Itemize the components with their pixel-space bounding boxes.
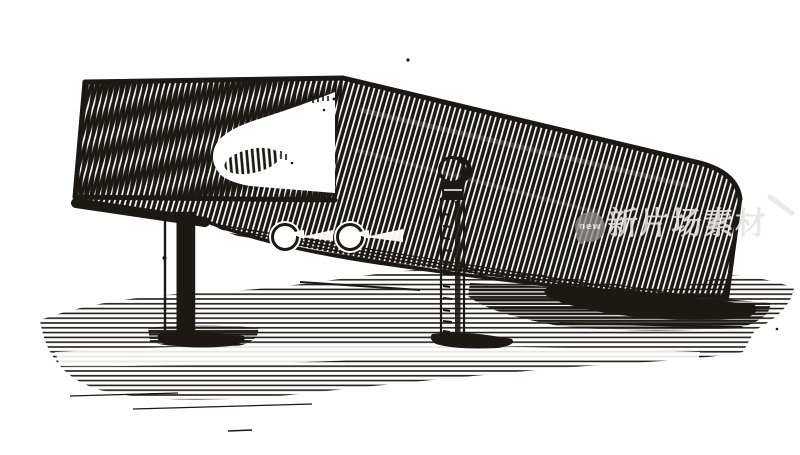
ink-speck — [323, 109, 326, 112]
peg-collar — [441, 182, 465, 200]
ink-speck — [333, 98, 336, 101]
watermark-logo-text: new — [579, 222, 601, 232]
watermark-text: 新片场素材 — [607, 209, 767, 240]
ink-speck — [406, 58, 409, 61]
ground-stray-dash — [228, 430, 252, 431]
leg-knot — [163, 256, 167, 260]
watermark-logo: new — [575, 212, 605, 242]
peg-shaft-shaded-edge — [455, 201, 461, 337]
inclined-box — [75, 78, 740, 297]
gray-smudge — [770, 197, 792, 213]
leg-shaded-side — [177, 213, 195, 340]
stock-image-preview: new 新片场素材 — [0, 0, 800, 455]
ink-speck — [291, 162, 294, 165]
ink-speck — [776, 328, 779, 331]
ground-stray-line — [133, 404, 312, 409]
